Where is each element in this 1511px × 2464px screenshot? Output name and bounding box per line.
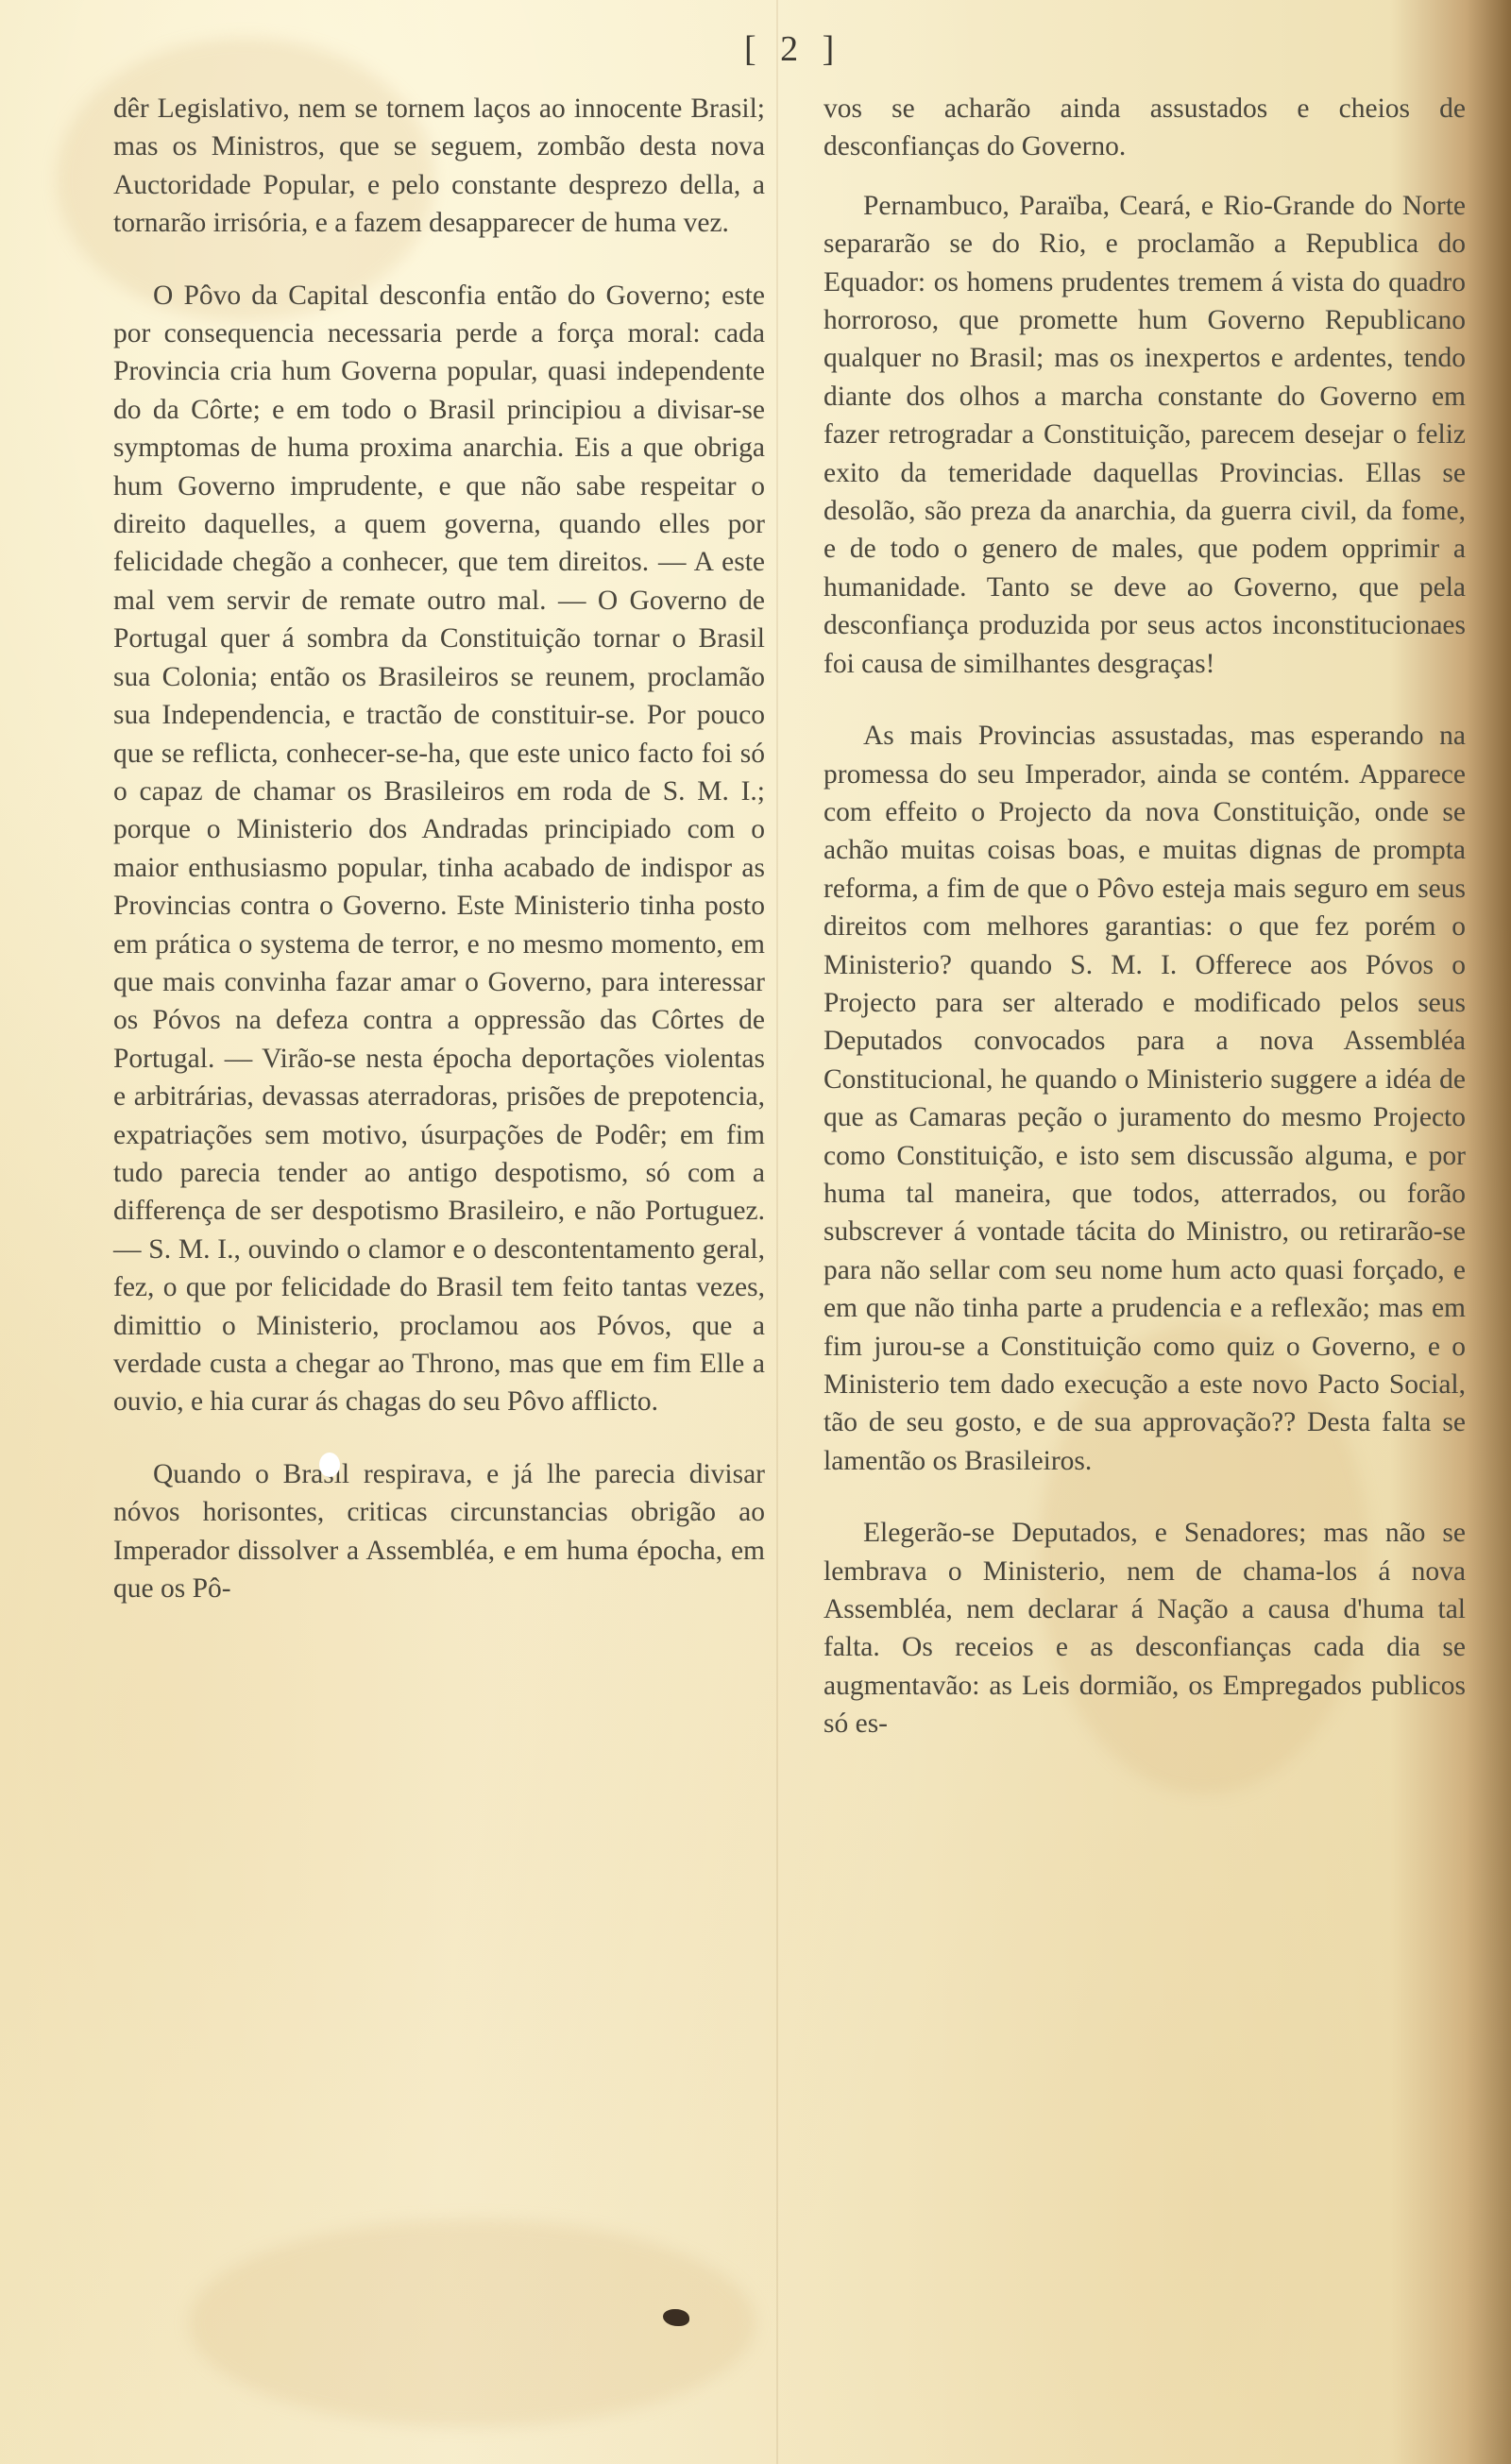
paragraph: Pernambuco, Paraïba, Ceará, e Rio-Grande… (823, 187, 1466, 683)
paragraph: As mais Provincias assustadas, mas esper… (823, 717, 1466, 1480)
scanned-page: [ 2 ] dêr Legislativo, nem se tornem laç… (0, 0, 1511, 2464)
page-number: [ 2 ] (744, 28, 841, 70)
column-fold-line (776, 0, 778, 2464)
paper-hole (319, 1453, 340, 1477)
paragraph: vos se acharão ainda assustados e cheios… (823, 90, 1466, 166)
paragraph: O Pôvo da Capital desconfia então do Gov… (113, 277, 765, 1421)
paragraph: Quando o Brasil respirava, e já lhe pare… (113, 1455, 765, 1608)
paragraph: dêr Legislativo, nem se tornem laços ao … (113, 90, 765, 243)
text-column-right: vos se acharão ainda assustados e cheios… (823, 90, 1466, 1764)
paragraph: Elegerão-se Deputados, e Senadores; mas … (823, 1514, 1466, 1742)
text-column-left: dêr Legislativo, nem se tornem laços ao … (113, 90, 765, 1628)
